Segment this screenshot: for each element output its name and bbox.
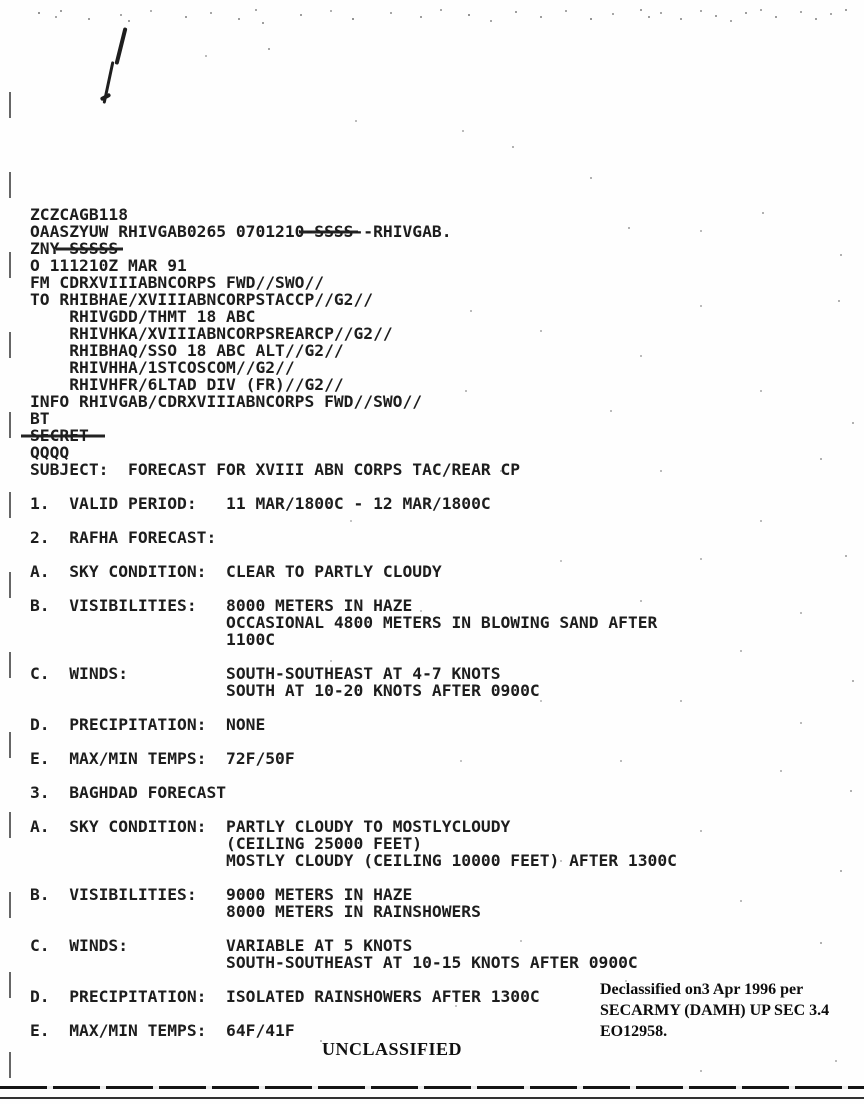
doc-line: B. VISIBILITIES: 9000 METERS IN HAZE (30, 886, 677, 903)
doc-text: 1. VALID PERIOD: 11 MAR/1800C - 12 MAR/1… (30, 494, 491, 513)
doc-line: A. SKY CONDITION: CLEAR TO PARTLY CLOUDY (30, 563, 677, 580)
doc-text: 3. BAGHDAD FORECAST (30, 783, 226, 802)
declassification-stamp: Declassified on3 Apr 1996 per SECARMY (D… (600, 979, 864, 1042)
page-edge-artifact (9, 92, 11, 1085)
doc-line (30, 801, 677, 818)
doc-line: 8000 METERS IN RAINSHOWERS (30, 903, 677, 920)
doc-line: (CEILING 25000 FEET) (30, 835, 677, 852)
doc-line: QQQQ (30, 444, 677, 461)
doc-line: ZNY SSSSS (30, 240, 677, 257)
stamp-line-2: SECARMY (DAMH) UP SEC 3.4 (600, 1000, 864, 1021)
footer-rule-thin (0, 1097, 864, 1099)
doc-line: OCCASIONAL 4800 METERS IN BLOWING SAND A… (30, 614, 677, 631)
scanned-document-page: ZCZCAGB118OAASZYUW RHIVGAB0265 0701210-S… (0, 0, 864, 1104)
doc-line: RHIBHAQ/SSO 18 ABC ALT//G2// (30, 342, 677, 359)
doc-line: 3. BAGHDAD FORECAST (30, 784, 677, 801)
doc-line (30, 546, 677, 563)
struck-classification-text: -SSSS (299, 222, 358, 241)
doc-line (30, 920, 677, 937)
doc-text: D. PRECIPITATION: ISOLATED RAINSHOWERS A… (30, 987, 540, 1006)
doc-line: E. MAX/MIN TEMPS: 64F/41F (30, 1022, 677, 1039)
doc-line: FM CDRXVIIIABNCORPS FWD//SWO// (30, 274, 677, 291)
doc-line (30, 478, 677, 495)
doc-line: SUBJECT: FORECAST FOR XVIII ABN CORPS TA… (30, 461, 677, 478)
doc-line (30, 648, 677, 665)
doc-text: A. SKY CONDITION: CLEAR TO PARTLY CLOUDY (30, 562, 442, 581)
doc-line: ZCZCAGB118 (30, 206, 677, 223)
doc-text: INFO RHIVGAB/CDRXVIIIABNCORPS FWD//SWO// (30, 392, 422, 411)
doc-line: TO RHIBHAE/XVIIIABNCORPSTACCP//G2// (30, 291, 677, 308)
doc-line: D. PRECIPITATION: ISOLATED RAINSHOWERS A… (30, 988, 677, 1005)
doc-line (30, 699, 677, 716)
doc-line: SOUTH-SOUTHEAST AT 10-15 KNOTS AFTER 090… (30, 954, 677, 971)
doc-line: SOUTH AT 10-20 KNOTS AFTER 0900C (30, 682, 677, 699)
doc-line: C. WINDS: VARIABLE AT 5 KNOTS (30, 937, 677, 954)
doc-text: 2. RAFHA FORECAST: (30, 528, 216, 547)
doc-line: RHIVHFR/6LTAD DIV (FR)//G2// (30, 376, 677, 393)
doc-text: 1100C (30, 630, 275, 649)
doc-line: OAASZYUW RHIVGAB0265 0701210-SSSS--RHIVG… (30, 223, 677, 240)
doc-line: 2. RAFHA FORECAST: (30, 529, 677, 546)
doc-text: SOUTH-SOUTHEAST AT 10-15 KNOTS AFTER 090… (30, 953, 638, 972)
doc-line (30, 1005, 677, 1022)
doc-line: INFO RHIVGAB/CDRXVIIIABNCORPS FWD//SWO// (30, 393, 677, 410)
doc-line: RHIVHHA/1STCOSCOM//G2// (30, 359, 677, 376)
doc-text: SUBJECT: FORECAST FOR XVIII ABN CORPS TA… (30, 460, 520, 479)
doc-line: 1. VALID PERIOD: 11 MAR/1800C - 12 MAR/1… (30, 495, 677, 512)
doc-line: SECRET (30, 427, 677, 444)
doc-line (30, 971, 677, 988)
doc-text: SOUTH AT 10-20 KNOTS AFTER 0900C (30, 681, 540, 700)
doc-line: 1100C (30, 631, 677, 648)
doc-text: 8000 METERS IN RAINSHOWERS (30, 902, 481, 921)
doc-line (30, 580, 677, 597)
doc-line (30, 733, 677, 750)
doc-text: E. MAX/MIN TEMPS: 64F/41F (30, 1021, 295, 1040)
doc-line: A. SKY CONDITION: PARTLY CLOUDY TO MOSTL… (30, 818, 677, 835)
doc-line: RHIVHKA/XVIIIABNCORPSREARCP//G2// (30, 325, 677, 342)
doc-text: E. MAX/MIN TEMPS: 72F/50F (30, 749, 295, 768)
doc-line: RHIVGDD/THMT 18 ABC (30, 308, 677, 325)
doc-line: D. PRECIPITATION: NONE (30, 716, 677, 733)
doc-line: O 111210Z MAR 91 (30, 257, 677, 274)
pen-mark (114, 27, 127, 65)
doc-line (30, 869, 677, 886)
doc-line: C. WINDS: SOUTH-SOUTHEAST AT 4-7 KNOTS (30, 665, 677, 682)
doc-line: E. MAX/MIN TEMPS: 72F/50F (30, 750, 677, 767)
doc-line (30, 767, 677, 784)
message-text: ZCZCAGB118OAASZYUW RHIVGAB0265 0701210-S… (30, 206, 677, 1039)
doc-text: D. PRECIPITATION: NONE (30, 715, 265, 734)
doc-text: --RHIVGAB. (353, 222, 451, 241)
classification-footer: UNCLASSIFIED (0, 1039, 784, 1060)
doc-line: MOSTLY CLOUDY (CEILING 10000 FEET) AFTER… (30, 852, 677, 869)
footer-rule-thick (0, 1086, 864, 1089)
doc-line: B. VISIBILITIES: 8000 METERS IN HAZE (30, 597, 677, 614)
doc-line: BT (30, 410, 677, 427)
scan-noise (0, 0, 2, 2)
doc-line (30, 512, 677, 529)
doc-text: MOSTLY CLOUDY (CEILING 10000 FEET) AFTER… (30, 851, 677, 870)
stamp-line-1: Declassified on3 Apr 1996 per (600, 979, 864, 1000)
